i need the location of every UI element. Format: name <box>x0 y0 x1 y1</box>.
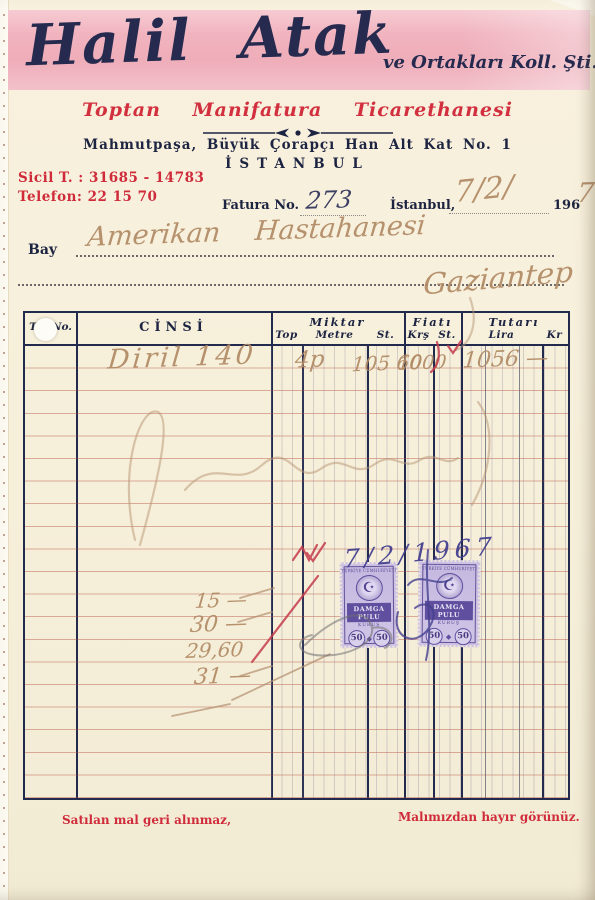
stamp-diamond-icon: ◆ <box>367 634 372 642</box>
stamp-values: 50 ◆ 50 <box>426 628 472 645</box>
stamp-value-right: 50 <box>454 628 471 645</box>
col-header-lira: Lira <box>461 329 542 341</box>
stamp-value-left: 50 <box>426 628 443 645</box>
customer-line <box>76 254 554 257</box>
year-digit-handwritten: 7 <box>576 178 595 210</box>
stamp-arc-text: TÜRKİYE CÜMHURİYETİ <box>422 567 477 573</box>
column-line <box>271 313 273 798</box>
crescent-star-icon: ☪ <box>436 573 463 599</box>
revenue-stamp-face: TÜRKİYE CÜMHURİYETİ ☪ DAMGA PULU KURUŞ 5… <box>422 564 477 644</box>
column-line <box>542 344 544 798</box>
revenue-stamp-face: TÜRKİYE CÜMHURİYETİ ☪ DAMGA PULU KURUŞ 5… <box>344 566 395 644</box>
footer-note-right: Malımızdan hayır görünüz. <box>398 810 580 824</box>
col-header-miktar: Miktar <box>271 315 404 329</box>
pencil-note: 29,60 <box>185 637 245 663</box>
stamp-kurus: KURUŞ <box>438 621 460 626</box>
column-line <box>76 313 78 798</box>
pencil-note: 15 — <box>194 587 248 613</box>
ledger-row-lines <box>25 346 568 799</box>
perforation-dots <box>3 14 5 890</box>
crescent-star-icon: ☪ <box>355 575 382 601</box>
fatura-no-handwritten: 273 <box>305 185 353 215</box>
stamp-label: DAMGA PULU <box>425 601 473 620</box>
fatura-no-label: Fatura No. <box>222 198 299 213</box>
revenue-stamp: TÜRKİYE CÜMHURİYETİ ☪ DAMGA PULU KURUŞ 5… <box>418 560 481 648</box>
invoice-scan-page: Halil Atak ve Ortakları Koll. Şti. Topta… <box>0 0 595 900</box>
customer-place-handwritten: Gaziantep <box>422 255 573 302</box>
company-partners-suffix: ve Ortakları Koll. Şti. <box>383 52 595 73</box>
col-header-kr: Kr <box>542 329 567 341</box>
col-header-metre: Metre <box>302 329 367 341</box>
col-header-st: St. <box>367 329 404 341</box>
stamp-label: DAMGA PULU <box>347 603 391 622</box>
phone-number: Telefon: 22 15 70 <box>18 189 157 205</box>
column-line <box>302 344 304 798</box>
col-header-fiati: Fiatı <box>404 315 461 329</box>
col-header-tutari: Tutarı <box>461 315 567 329</box>
stamp-kurus: KURUŞ <box>358 623 380 628</box>
company-tagline: Toptan Manifatura Ticarethanesi <box>8 99 587 121</box>
column-line <box>519 344 520 798</box>
pencil-note: 30 — <box>189 611 248 638</box>
entry-krs-handwritten: 1000 <box>397 351 447 375</box>
column-line <box>485 344 486 798</box>
stamp-diamond-icon: ◆ <box>446 632 451 640</box>
header-separator <box>25 344 568 346</box>
col-header-top: Top <box>271 329 302 341</box>
scan-edge-shadow <box>579 0 595 900</box>
entry-lira-handwritten: 1056 — <box>462 346 549 374</box>
col-header-krs: Krş <box>404 329 433 341</box>
bay-label: Bay <box>28 242 57 258</box>
revenue-stamp: TÜRKİYE CÜMHURİYETİ ☪ DAMGA PULU KURUŞ 5… <box>340 562 399 649</box>
entry-cinsi-handwritten: Diril 140 <box>106 339 257 375</box>
stamp-value-left: 50 <box>348 630 365 647</box>
hole-punch <box>34 318 57 341</box>
footer-note-left: Satılan mal geri alınmaz, <box>62 813 231 827</box>
date-line <box>449 212 549 214</box>
stamp-value-right: 50 <box>373 630 390 647</box>
date-handwritten: 7/2/ <box>454 169 513 210</box>
entry-top-handwritten: 4p <box>294 346 326 373</box>
col-header-st2: St. <box>433 329 461 341</box>
customer-handwritten: Amerikan Hastahanesi <box>86 210 427 253</box>
company-name-script: Halil Atak <box>25 0 395 79</box>
stamp-values: 50 ◆ 50 <box>348 630 390 647</box>
col-header-cinsi: CİNSİ <box>76 320 271 335</box>
company-address: Mahmutpaşa, Büyük Çorapçı Han Alt Kat No… <box>8 137 587 153</box>
pencil-note: 31 — <box>193 663 252 690</box>
registry-number: Sicil T. : 31685 - 14783 <box>18 170 204 186</box>
